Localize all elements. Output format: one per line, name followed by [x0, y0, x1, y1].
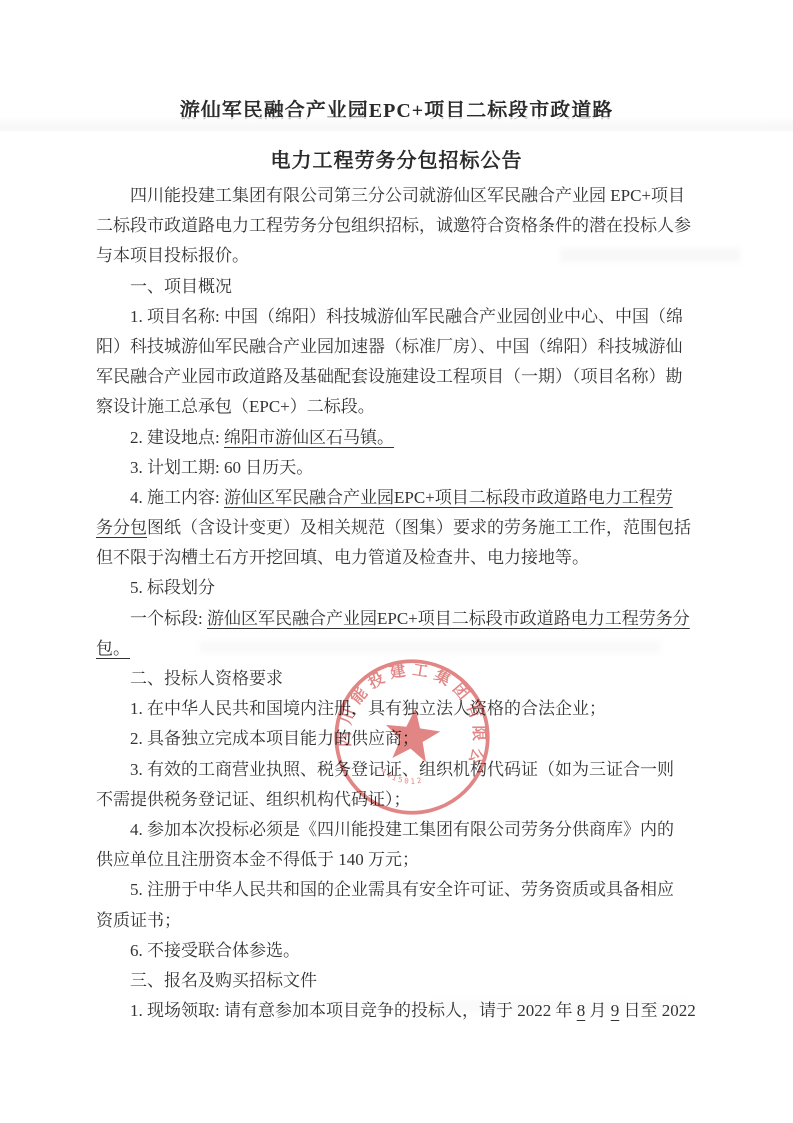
scan-artifact	[0, 126, 793, 131]
underlined-text: 绵阳市游仙区石马镇。	[224, 428, 394, 447]
text-line: 4. 施工内容: 游仙区军民融合产业园EPC+项目二标段市政道路电力工程劳	[96, 483, 702, 513]
text-line: 2. 具备独立完成本项目能力的供应商；	[96, 724, 702, 754]
text-line: 4. 参加本次投标必须是《四川能投建工集团有限公司劳务分供商库》内的	[96, 815, 702, 845]
text-segment: 3. 计划工期: 60 日历天。	[130, 458, 313, 477]
text-line: 察设计施工总承包（EPC+）二标段。	[96, 392, 702, 422]
text-line: 供应单位且注册资本金不得低于 140 万元；	[96, 845, 702, 875]
text-segment: 二、投标人资格要求	[130, 669, 283, 688]
text-segment: 4. 参加本次投标必须是《四川能投建工集团有限公司劳务分供商库》内的	[130, 820, 674, 839]
text-line: 但不限于沟槽土石方开挖回填、电力管道及检查井、电力接地等。	[96, 543, 702, 573]
text-line: 二、投标人资格要求	[96, 664, 702, 694]
text-line: 一个标段: 游仙区军民融合产业园EPC+项目二标段市政道路电力工程劳务分	[96, 604, 702, 634]
text-line: 包。	[96, 634, 702, 664]
text-segment: 四川能投建工集团有限公司第三分公司就游仙区军民融合产业园 EPC+项目	[130, 186, 685, 205]
text-segment: 一、项目概况	[130, 277, 232, 296]
text-line: 一、项目概况	[96, 272, 702, 302]
underlined-text: 游仙区军民融合产业园EPC+项目二标段市政道路电力工程劳务分	[207, 609, 690, 628]
text-line: 阳）科技城游仙军民融合产业园加速器（标准厂房）、中国（绵阳）科技城游仙	[96, 332, 702, 362]
text-segment: 2. 建设地点:	[130, 428, 224, 447]
text-line: 四川能投建工集团有限公司第三分公司就游仙区军民融合产业园 EPC+项目	[96, 181, 702, 211]
underlined-text: 务分包	[96, 518, 147, 537]
text-line: 5. 注册于中华人民共和国的企业需具有安全许可证、劳务资质或具备相应	[96, 875, 702, 905]
text-line: 与本项目投标报价。	[96, 241, 702, 271]
text-segment: 一个标段:	[130, 609, 207, 628]
text-segment: 察设计施工总承包（EPC+）二标段。	[96, 397, 375, 416]
text-line: 1. 现场领取: 请有意参加本项目竞争的投标人，请于 2022 年 8 月 9 …	[96, 996, 702, 1026]
text-line: 5. 标段划分	[96, 573, 702, 603]
document-lines: 四川能投建工集团有限公司第三分公司就游仙区军民融合产业园 EPC+项目二标段市政…	[96, 181, 702, 1026]
underlined-text: 游仙区军民融合产业园EPC+项目二标段市政道路电力工程劳	[224, 488, 673, 507]
text-line: 1. 项目名称: 中国（绵阳）科技城游仙军民融合产业园创业中心、中国（绵	[96, 302, 702, 332]
text-segment: 2. 具备独立完成本项目能力的供应商；	[130, 729, 419, 748]
text-segment: 6. 不接受联合体参选。	[130, 941, 300, 960]
text-segment: 二标段市政道路电力工程劳务分包组织招标，诚邀符合资格条件的潜在投标人参	[96, 216, 691, 235]
text-line: 3. 有效的工商营业执照、税务登记证、组织机构代码证（如为三证合一则	[96, 755, 702, 785]
text-segment: 1. 现场领取: 请有意参加本项目竞争的投标人，请于 2022 年	[130, 1001, 577, 1020]
text-segment: 但不限于沟槽土石方开挖回填、电力管道及检查井、电力接地等。	[96, 548, 589, 567]
document-page: 游仙军民融合产业园EPC+项目二标段市政道路 电力工程劳务分包招标公告 四川能投…	[0, 0, 793, 1123]
text-segment: 5. 标段划分	[130, 578, 215, 597]
text-line: 3. 计划工期: 60 日历天。	[96, 453, 702, 483]
text-line: 务分包图纸（含设计变更）及相关规范（图集）要求的劳务施工工作，范围包括	[96, 513, 702, 543]
text-line: 三、报名及购买招标文件	[96, 966, 702, 996]
text-line: 2. 建设地点: 绵阳市游仙区石马镇。	[96, 423, 702, 453]
text-segment: 1. 项目名称: 中国（绵阳）科技城游仙军民融合产业园创业中心、中国（绵	[130, 307, 683, 326]
text-line: 6. 不接受联合体参选。	[96, 936, 702, 966]
underlined-text: 9	[611, 1001, 620, 1020]
text-segment: 供应单位且注册资本金不得低于 140 万元；	[96, 850, 419, 869]
text-segment: 阳）科技城游仙军民融合产业园加速器（标准厂房）、中国（绵阳）科技城游仙	[96, 337, 683, 356]
text-segment: 日至 2022	[619, 1001, 696, 1020]
text-segment: 不需提供税务登记证、组织机构代码证）；	[96, 790, 411, 809]
text-segment: 与本项目投标报价。	[96, 246, 249, 265]
text-segment: 三、报名及购买招标文件	[130, 971, 317, 990]
text-segment: 5. 注册于中华人民共和国的企业需具有安全许可证、劳务资质或具备相应	[130, 880, 674, 899]
text-segment: 图纸（含设计变更）及相关规范（图集）要求的劳务施工工作，范围包括	[147, 518, 691, 537]
text-line: 二标段市政道路电力工程劳务分包组织招标，诚邀符合资格条件的潜在投标人参	[96, 211, 702, 241]
text-segment: 1. 在中华人民共和国境内注册，具有独立法人资格的合法企业；	[130, 699, 606, 718]
text-segment: 3. 有效的工商营业执照、税务登记证、组织机构代码证（如为三证合一则	[130, 760, 674, 779]
text-segment: 军民融合产业园市政道路及基础配套设施建设工程项目（一期）（项目名称）勘	[96, 367, 683, 386]
document-title-line1: 游仙军民融合产业园EPC+项目二标段市政道路	[0, 94, 793, 123]
underlined-text: 8	[577, 1001, 586, 1020]
underlined-text: 包。	[96, 639, 130, 658]
text-line: 1. 在中华人民共和国境内注册，具有独立法人资格的合法企业；	[96, 694, 702, 724]
document-title-line2: 电力工程劳务分包招标公告	[0, 144, 793, 173]
text-line: 资质证书；	[96, 906, 702, 936]
text-segment: 月	[585, 1001, 611, 1020]
text-segment: 资质证书；	[96, 911, 181, 930]
text-line: 不需提供税务登记证、组织机构代码证）；	[96, 785, 702, 815]
text-line: 军民融合产业园市政道路及基础配套设施建设工程项目（一期）（项目名称）勘	[96, 362, 702, 392]
text-segment: 4. 施工内容:	[130, 488, 224, 507]
